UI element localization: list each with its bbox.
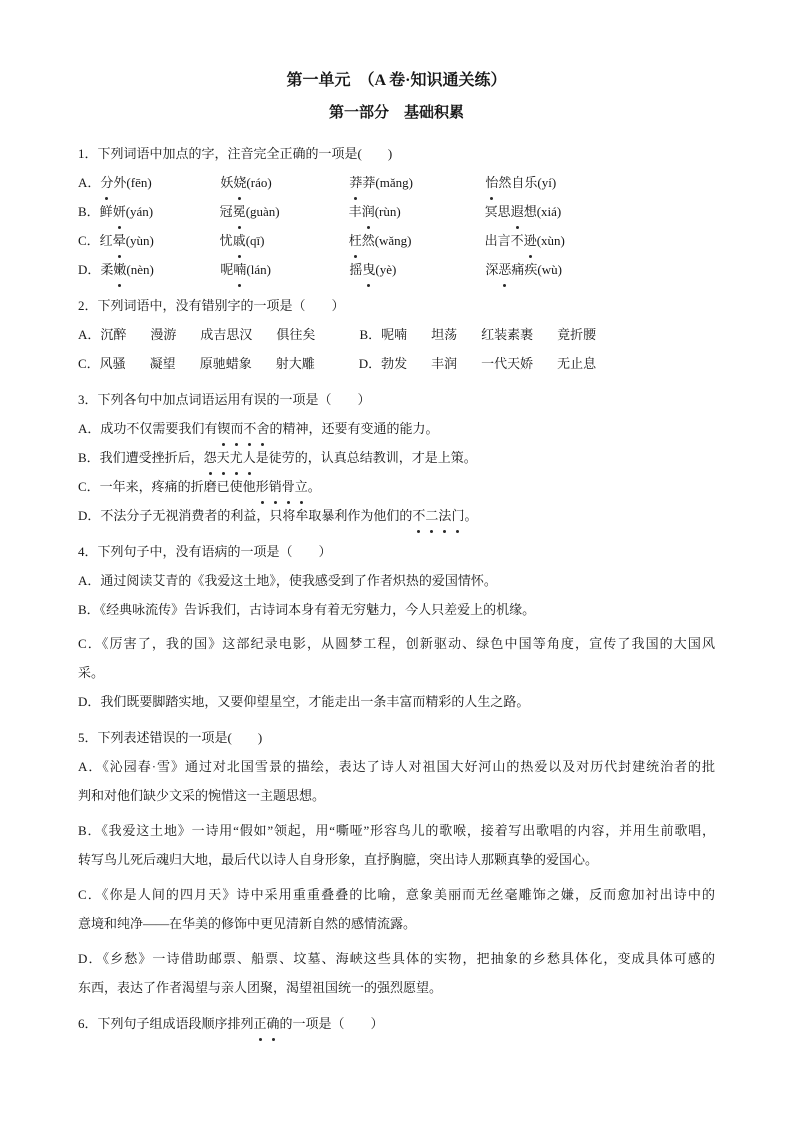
q1-option-d: D．柔嫩(nèn)呢喃(lán)摇曳(yè)深恶痛疾(wù) <box>78 255 715 284</box>
word-column: 呢喃(lán) <box>220 255 349 284</box>
spacer <box>126 338 150 339</box>
word-column: 冥思遐想(xiá) <box>485 197 562 226</box>
dotted-char: 莽 <box>349 168 362 197</box>
spacer <box>457 338 481 339</box>
dotted-char: 遐 <box>511 197 524 226</box>
dotted-char: 戚 <box>233 226 246 255</box>
dotted-char: 晕 <box>113 226 126 255</box>
dotted-char: 二 <box>425 501 438 530</box>
word-column: 摇曳(yè) <box>349 255 485 284</box>
questions: 1．下列词语中加点的字，注音完全正确的一项是( )A．分外(fēn)妖娆(ráo… <box>78 139 715 1038</box>
dotted-char: 恶 <box>498 255 511 284</box>
dotted-char: 分 <box>100 168 113 197</box>
dotted-char: 妍 <box>113 197 126 226</box>
q3-option-b: B．我们遭受挫折后，怨天尤人是徒劳的，认真总结教训，才是上策。 <box>78 443 715 472</box>
exam-page: 第一单元 （A 卷·知识通关练） 第一部分 基础积累 1．下列词语中加点的字，注… <box>0 0 793 1038</box>
spacer <box>315 338 359 339</box>
spacer <box>176 338 200 339</box>
spacer <box>533 367 557 368</box>
spacer <box>315 367 359 368</box>
dotted-char: 不 <box>243 414 256 443</box>
dotted-char: 尤 <box>230 443 243 472</box>
dotted-char: 舍 <box>256 414 269 443</box>
dotted-char: 枉 <box>349 226 362 255</box>
page-title: 第一单元 （A 卷·知识通关练） <box>78 70 715 92</box>
dotted-char: 形 <box>256 472 269 501</box>
q1-option-b: B．鲜妍(yán)冠冕(guàn)丰润(rùn)冥思遐想(xiá) <box>78 197 715 226</box>
dotted-char: 法 <box>438 501 451 530</box>
q5-option-c-cont: 意境和纯净——在华美的修饰中更见清新自然的感情流露。 <box>78 909 715 938</box>
q4-option-d: D．我们既要脚踏实地，又要仰望星空，才能走出一条丰富而精彩的人生之路。 <box>78 687 715 716</box>
dotted-char: 销 <box>269 472 282 501</box>
q2-options-ab: A．沉醉漫游成吉思汉俱往矣B．呢喃坦荡红装素裹竟折腰 <box>78 320 715 349</box>
dotted-char: 冕 <box>233 197 246 226</box>
spacer <box>126 367 150 368</box>
q1-option-c: C．红晕(yùn)忧戚(qī)枉然(wǎng)出言不逊(xùn) <box>78 226 715 255</box>
q4-option-c-cont: 采。 <box>78 658 715 687</box>
q4-option-a: A．通过阅读艾青的《我爱这土地》，使我感受到了作者炽热的爱国情怀。 <box>78 566 715 595</box>
dotted-char: 天 <box>217 443 230 472</box>
dotted-char: 逊 <box>524 226 537 255</box>
question-1: 1．下列词语中加点的字，注音完全正确的一项是( )A．分外(fēn)妖娆(ráo… <box>78 139 715 284</box>
q3-option-a: A．成功不仅需要我们有锲而不舍的精神，还要有变通的能力。 <box>78 414 715 443</box>
dotted-char: 嫩 <box>113 255 126 284</box>
spacer <box>533 338 557 339</box>
q4-option-c: C．《厉害了，我的国》这部纪录电影，从圆梦工程，创新驱动、绿色中国等角度，宣传了… <box>78 629 715 658</box>
word-column: 冠冕(guàn) <box>220 197 349 226</box>
q4-option-b: B．《经典咏流传》告诉我们，古诗词本身有着无穷魅力，今人只差爱上的机缘。 <box>78 595 715 624</box>
dotted-char: 人 <box>243 443 256 472</box>
question-4: 4．下列句子中，没有语病的一项是（ ）A．通过阅读艾青的《我爱这土地》，使我感受… <box>78 537 715 716</box>
q2-options-cd: C．风骚凝望原驰蜡象射大雕D．勃发丰润一代天娇无止息 <box>78 349 715 378</box>
dotted-char: 怨 <box>204 443 217 472</box>
q5-option-c: C．《你是人间的四月天》诗中采用重重叠叠的比喻，意象美丽而无丝毫雕饰之嫌，反而愈… <box>78 880 715 909</box>
question-5: 5．下列表述错误的一项是( )A．《沁园春·雪》通过对北国雪景的描绘，表达了诗人… <box>78 723 715 1002</box>
dotted-char: 润 <box>362 197 375 226</box>
dotted-char: 门 <box>451 501 464 530</box>
dotted-char: 曳 <box>362 255 375 284</box>
q4-stem: 4．下列句子中，没有语病的一项是（ ） <box>78 537 715 566</box>
q5-stem: 5．下列表述错误的一项是( ) <box>78 723 715 752</box>
question-3: 3．下列各句中加点词语运用有误的一项是（ ）A．成功不仅需要我们有锲而不舍的精神… <box>78 385 715 530</box>
question-2: 2．下列词语中，没有错别字的一项是（ ）A．沉醉漫游成吉思汉俱往矣B．呢喃坦荡红… <box>78 291 715 378</box>
word-column: 红晕(yùn) <box>100 226 220 255</box>
spacer <box>176 367 200 368</box>
q5-option-d-cont: 东西，表达了作者渴望与亲人团聚，渴望祖国统一的强烈愿望。 <box>78 973 715 1002</box>
spacer <box>457 367 481 368</box>
word-column: 柔嫩(nèn) <box>100 255 220 284</box>
q6-stem: 6．下列句子组成语段顺序排列正确的一项是（ ） <box>78 1009 715 1038</box>
q1-option-a: A．分外(fēn)妖娆(ráo)莽莽(mǎng)怡然自乐(yí) <box>78 168 715 197</box>
section-title: 第一部分 基础积累 <box>78 103 715 124</box>
q1-stem: 1．下列词语中加点的字，注音完全正确的一项是( ) <box>78 139 715 168</box>
q5-option-d: D．《乡愁》一诗借助邮票、船票、坟墓、海峡这些具体的实物，把抽象的乡愁具体化，变… <box>78 944 715 973</box>
word-column: 枉然(wǎng) <box>349 226 485 255</box>
word-column: 怡然自乐(yí) <box>485 168 556 197</box>
word-column: 妖娆(ráo) <box>220 168 349 197</box>
q5-option-a-cont: 判和对他们缺少文采的惋惜这一主题思想。 <box>78 781 715 810</box>
word-column: 分外(fēn) <box>100 168 220 197</box>
spacer <box>252 367 276 368</box>
q3-option-c: C．一年来，疼痛的折磨已使他形销骨立。 <box>78 472 715 501</box>
dotted-char: 娆 <box>233 168 246 197</box>
word-column: 出言不逊(xùn) <box>485 226 565 255</box>
spacer <box>407 338 431 339</box>
q3-stem: 3．下列各句中加点词语运用有误的一项是（ ） <box>78 385 715 414</box>
dotted-char: 正 <box>254 1009 267 1038</box>
dotted-char: 怡 <box>485 168 498 197</box>
dotted-char: 立 <box>295 472 308 501</box>
spacer <box>252 338 276 339</box>
q3-option-d: D．不法分子无视消费者的利益，只将牟取暴利作为他们的不二法门。 <box>78 501 715 530</box>
question-6: 6．下列句子组成语段顺序排列正确的一项是（ ） <box>78 1009 715 1038</box>
word-column: 莽莽(mǎng) <box>349 168 485 197</box>
dotted-char: 锲 <box>217 414 230 443</box>
spacer <box>407 367 431 368</box>
dotted-char: 不 <box>412 501 425 530</box>
q5-option-b-cont: 转写鸟儿死后魂归大地，最后代以诗人自身形象，直抒胸臆，突出诗人那颗真挚的爱国心。 <box>78 845 715 874</box>
q5-option-a: A．《沁园春·雪》通过对北国雪景的描绘，表达了诗人对祖国大好河山的热爱以及对历代… <box>78 752 715 781</box>
dotted-char: 确 <box>267 1009 280 1038</box>
word-column: 深恶痛疾(wù) <box>485 255 562 284</box>
q2-stem: 2．下列词语中，没有错别字的一项是（ ） <box>78 291 715 320</box>
word-column: 忧戚(qī) <box>220 226 349 255</box>
dotted-char: 而 <box>230 414 243 443</box>
word-column: 鲜妍(yán) <box>100 197 220 226</box>
dotted-char: 喃 <box>233 255 246 284</box>
q5-option-b: B．《我爱这土地》一诗用“假如”领起，用“嘶哑”形容鸟儿的歌喉，接着写出歌唱的内… <box>78 816 715 845</box>
word-column: 丰润(rùn) <box>349 197 485 226</box>
dotted-char: 骨 <box>282 472 295 501</box>
